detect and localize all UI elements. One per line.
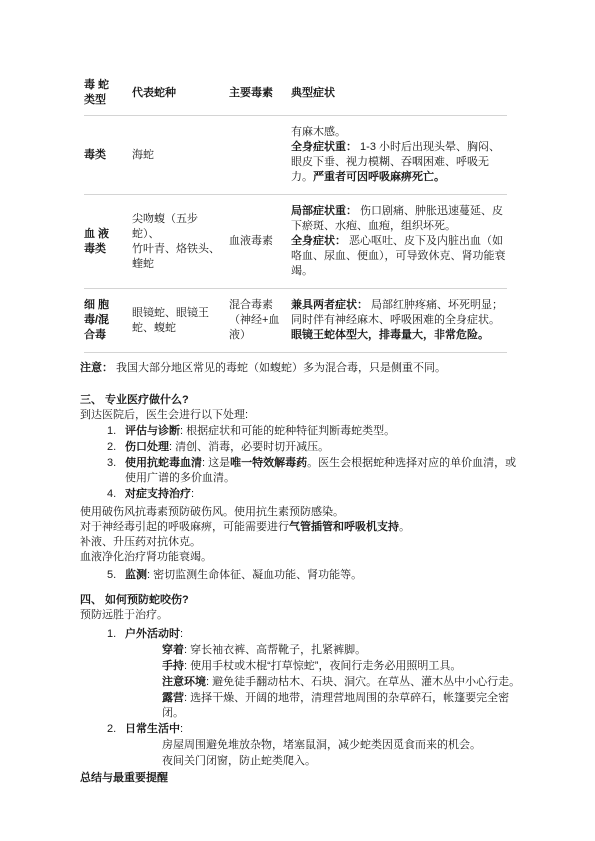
- list-item-text: 户外活动时:: [125, 627, 525, 642]
- table-header-row: 毒 蛇 类型 代表蛇种 主要毒素 典型症状: [84, 73, 507, 116]
- list-item-text: 日常生活中:: [125, 722, 525, 737]
- summary-heading: 总结与最重要提醒: [80, 771, 525, 786]
- list-item-number: 2.: [107, 722, 125, 737]
- cell-toxin: [229, 116, 291, 195]
- list-item: 1. 评估与诊断: 根据症状和可能的蛇种特征判断毒蛇类型。: [80, 424, 525, 439]
- list-item-number: 1.: [107, 627, 125, 642]
- list-item-number: 1.: [107, 424, 125, 439]
- list-item-number: 4.: [107, 487, 125, 502]
- sub-list-item: 露营: 选择干燥、开阔的地带，清理营地周围的杂草碎石，帐篷要完全密闭。: [162, 691, 525, 721]
- list-item: 3. 使用抗蛇毒血清: 这是唯一特效解毒药。医生会根据蛇种选择对应的单价血清，或…: [80, 456, 525, 486]
- support-line: 补液、升压药对抗休克。: [80, 535, 525, 550]
- list-item-number: 2.: [107, 440, 125, 455]
- column-header-venom-type: 毒 蛇 类型: [84, 73, 132, 116]
- list-item-text: 使用抗蛇毒血清: 这是唯一特效解毒药。医生会根据蛇种选择对应的单价血清，或使用广…: [125, 456, 525, 486]
- table-row-cytotoxin-mixed: 细 胞 毒/混 合毒 眼镜蛇、眼镜王 蛇、蝮蛇 混合毒素 （神经+血 液） 兼具…: [84, 289, 507, 353]
- cell-venom-type: 细 胞 毒/混 合毒: [84, 289, 132, 353]
- cell-symptoms: 局部症状重： 伤口剧痛、肿胀迅速蔓延、皮下瘀斑、水疱、血疱，组织坏死。全身症状：…: [291, 195, 507, 289]
- section3-intro: 到达医院后，医生会进行以下处理:: [80, 408, 525, 423]
- column-header-symptoms: 典型症状: [291, 73, 507, 116]
- list-item: 4. 对症支持治疗:: [80, 487, 525, 502]
- table-row-hemotoxin: 血 液 毒类 尖吻蝮（五步蛇）、 竹叶青、烙铁头、 蝰蛇 血液毒素 局部症状重：…: [84, 195, 507, 289]
- list-item-text: 对症支持治疗:: [125, 487, 525, 502]
- cell-venom-type: 血 液 毒类: [84, 195, 132, 289]
- cell-venom-type: 毒类: [84, 116, 132, 195]
- cell-symptoms: 有麻木感。全身症状重： 1-3 小时后出现头晕、胸闷、眼皮下垂、视力模糊、吞咽困…: [291, 116, 507, 195]
- list-item: 1. 户外活动时:: [80, 627, 525, 642]
- support-line: 血液净化治疗肾功能衰竭。: [80, 550, 525, 565]
- sub-list-item: 注意环境: 避免徒手翻动枯木、石块、洞穴。在草丛、灌木丛中小心行走。: [162, 675, 525, 690]
- column-header-species: 代表蛇种: [132, 73, 229, 116]
- list-item-number: 5.: [107, 568, 125, 583]
- column-header-toxin: 主要毒素: [229, 73, 291, 116]
- sub-list-item: 手持: 使用手杖或木棍“打草惊蛇”，夜间行走务必用照明工具。: [162, 659, 525, 674]
- table-row-neurotoxin: 毒类 海蛇 有麻木感。全身症状重： 1-3 小时后出现头晕、胸闷、眼皮下垂、视力…: [84, 116, 507, 195]
- list-item-number: 3.: [107, 456, 125, 486]
- cell-species: 尖吻蝮（五步蛇）、 竹叶青、烙铁头、 蝰蛇: [132, 195, 229, 289]
- list-item: 2. 日常生活中:: [80, 722, 525, 737]
- section4-list: 1. 户外活动时: 穿着: 穿长袖衣裤、高帮靴子，扎紧裤脚。 手持: 使用手杖或…: [80, 627, 525, 769]
- support-line: 对于神经毒引起的呼吸麻痹，可能需要进行气管插管和呼吸机支持。: [80, 520, 525, 535]
- cell-species: 海蛇: [132, 116, 229, 195]
- list-item-text: 评估与诊断: 根据症状和可能的蛇种特征判断毒蛇类型。: [125, 424, 525, 439]
- section4-intro: 预防远胜于治疗。: [80, 608, 525, 623]
- sub-list-item: 房屋周围避免堆放杂物，堵塞鼠洞，减少蛇类因觅食而来的机会。: [162, 738, 525, 753]
- list-item-text: 伤口处理: 清创、消毒，必要时切开减压。: [125, 440, 525, 455]
- cell-symptoms: 兼具两者症状： 局部红肿疼痛、坏死明显；同时伴有神经麻木、呼吸困难的全身症状。眼…: [291, 289, 507, 353]
- supportive-care-block: 使用破伤风抗毒素预防破伤风。使用抗生素预防感染。 对于神经毒引起的呼吸麻痹，可能…: [80, 505, 525, 565]
- cell-toxin: 血液毒素: [229, 195, 291, 289]
- document-page: 毒 蛇 类型 代表蛇种 主要毒素 典型症状 毒类 海蛇 有麻木感。全身症状重： …: [0, 0, 595, 841]
- section3-heading: 三、 专业医疗做什么?: [80, 393, 525, 408]
- table-note: 注意： 我国大部分地区常见的毒蛇（如蝮蛇）多为混合毒，只是侧重不同。: [80, 361, 525, 376]
- support-line: 使用破伤风抗毒素预防破伤风。使用抗生素预防感染。: [80, 505, 525, 520]
- cell-toxin: 混合毒素 （神经+血 液）: [229, 289, 291, 353]
- section4-heading: 四、 如何预防蛇咬伤?: [80, 593, 525, 608]
- list-item-text: 监测: 密切监测生命体征、凝血功能、肾功能等。: [125, 568, 525, 583]
- sub-list-item: 穿着: 穿长袖衣裤、高帮靴子，扎紧裤脚。: [162, 643, 525, 658]
- sub-list-item: 夜间关门闭窗，防止蛇类爬入。: [162, 754, 525, 769]
- list-item: 2. 伤口处理: 清创、消毒，必要时切开减压。: [80, 440, 525, 455]
- cell-species: 眼镜蛇、眼镜王 蛇、蝮蛇: [132, 289, 229, 353]
- section3-list: 1. 评估与诊断: 根据症状和可能的蛇种特征判断毒蛇类型。 2. 伤口处理: 清…: [80, 424, 525, 583]
- venom-type-table: 毒 蛇 类型 代表蛇种 主要毒素 典型症状 毒类 海蛇 有麻木感。全身症状重： …: [84, 73, 507, 353]
- list-item: 5. 监测: 密切监测生命体征、凝血功能、肾功能等。: [80, 568, 525, 583]
